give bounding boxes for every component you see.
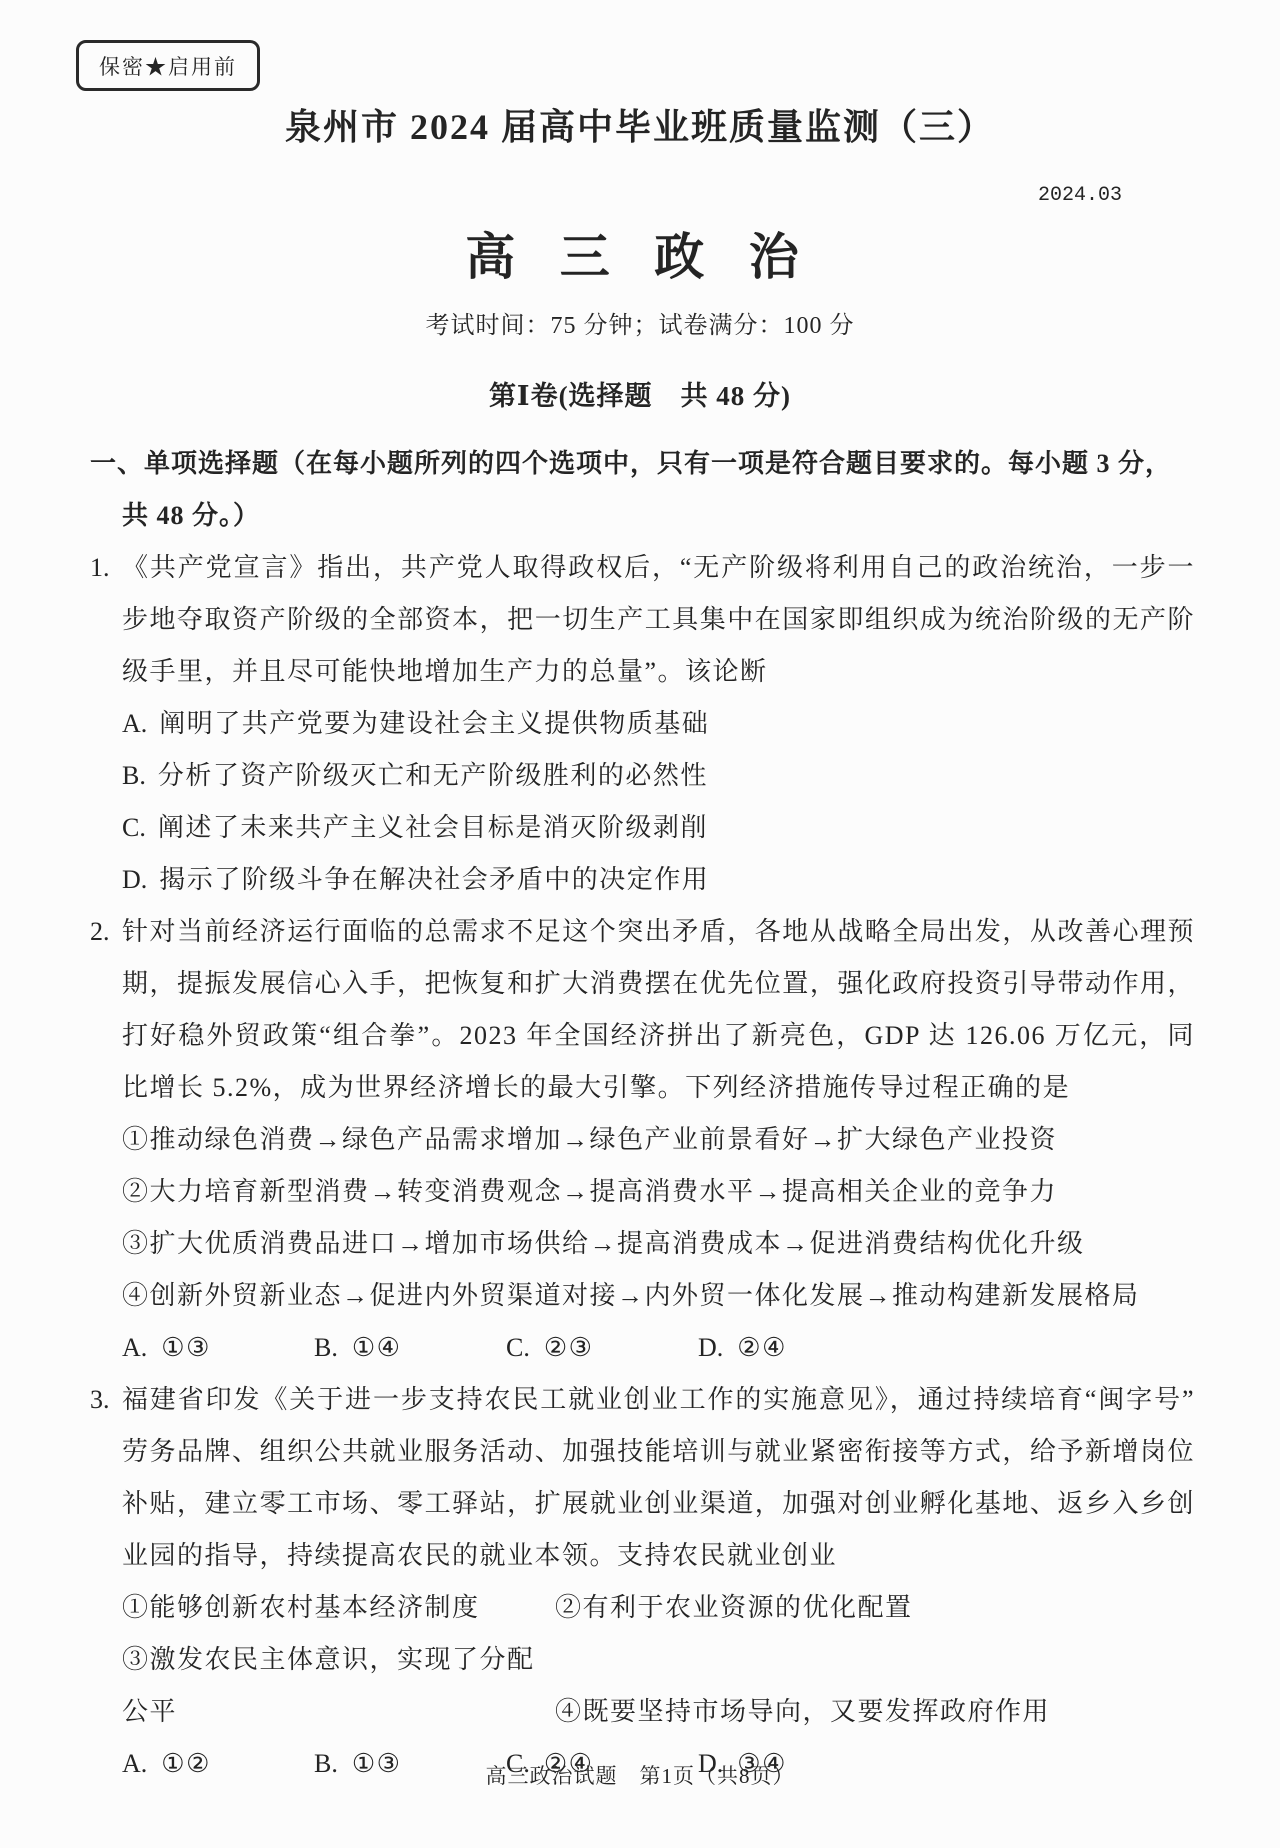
question-stem-line: 福建省印发《关于进一步支持农民工就业创业工作的实施意见》，通过持续培育“闽字号” (122, 1374, 1195, 1426)
confidential-badge-label: 保密★启用前 (99, 55, 237, 79)
instruction-line: 共 48 分。） (122, 490, 1195, 542)
question-3: 3. 福建省印发《关于进一步支持农民工就业创业工作的实施意见》，通过持续培育“闽… (0, 1374, 1280, 1790)
option-label: B. (314, 1333, 338, 1362)
statement-row-1: ①能够创新农村基本经济制度②有利于农业资源的优化配置 (122, 1582, 1195, 1634)
option-text: ①④ (352, 1333, 402, 1362)
option-label: C. (506, 1333, 530, 1362)
option-label: C. (122, 813, 146, 842)
statement-item-1: ①推动绿色消费→绿色产品需求增加→绿色产业前景看好→扩大绿色产业投资 (122, 1114, 1195, 1166)
statement-item-2: ②大力培育新型消费→转变消费观念→提高消费水平→提高相关企业的竞争力 (122, 1166, 1195, 1218)
option-label: B. (122, 761, 146, 790)
exam-date: 2024.03 (1038, 184, 1122, 207)
exam-date-row: 2024.03 (0, 184, 1280, 208)
question-stem-line: 打好稳外贸政策“组合拳”。2023 年全国经济拼出了新亮色，GDP 达 126.… (122, 1010, 1195, 1062)
option-text: 阐述了未来共产主义社会目标是消灭阶级剥削 (158, 813, 708, 842)
confidential-badge: 保密★启用前 (76, 40, 260, 91)
question-number: 3. (90, 1374, 110, 1426)
question-stem-line: 补贴，建立零工市场、零工驿站，扩展就业创业渠道，加强对创业孵化基地、返乡入乡创 (122, 1478, 1195, 1530)
option-text: ①③ (161, 1333, 211, 1362)
option-text: ②③ (544, 1333, 594, 1362)
exam-info: 考试时间：75 分钟；试卷满分：100 分 (0, 312, 1280, 340)
statement-item-4: ④创新外贸新业态→促进内外贸渠道对接→内外贸一体化发展→推动构建新发展格局 (122, 1270, 1195, 1322)
answer-c: C.②③ (506, 1322, 698, 1374)
statement-item-4: ④既要坚持市场导向，又要发挥政府作用 (555, 1697, 1050, 1726)
exam-page: 保密★启用前 泉州市 2024 届高中毕业班质量监测（三） 2024.03 高 … (0, 0, 1280, 1848)
question-stem-line: 《共产党宣言》指出，共产党人取得政权后，“无产阶级将利用自己的政治统治，一步一 (122, 542, 1195, 594)
answer-b: B.①④ (314, 1322, 506, 1374)
question-stem-line: 级手里，并且尽可能快地增加生产力的总量”。该论断 (122, 646, 1195, 698)
option-label: A. (122, 1333, 147, 1362)
question-number: 2. (90, 906, 110, 958)
statement-item-3: ③激发农民主体意识，实现了分配公平 (122, 1634, 555, 1738)
answer-choices-row: A.①③ B.①④ C.②③ D.②④ (122, 1322, 1195, 1374)
option-text: 阐明了共产党要为建设社会主义提供物质基础 (159, 709, 709, 738)
question-stem-line: 针对当前经济运行面临的总需求不足这个突出矛盾，各地从战略全局出发，从改善心理预 (122, 906, 1195, 958)
section-instruction: 一、单项选择题（在每小题所列的四个选项中，只有一项是符合题目要求的。每小题 3 … (0, 438, 1280, 542)
answer-d: D.②④ (698, 1322, 787, 1374)
option-a: A.阐明了共产党要为建设社会主义提供物质基础 (122, 698, 1195, 750)
option-b: B.分析了资产阶级灭亡和无产阶级胜利的必然性 (122, 750, 1195, 802)
statement-item-2: ②有利于农业资源的优化配置 (555, 1593, 913, 1622)
option-text: 分析了资产阶级灭亡和无产阶级胜利的必然性 (158, 761, 708, 790)
question-stem-line: 劳务品牌、组织公共就业服务活动、加强技能培训与就业紧密衔接等方式，给予新增岗位 (122, 1426, 1195, 1478)
question-stem-line: 业园的指导，持续提高农民的就业本领。支持农民就业创业 (122, 1530, 1195, 1582)
section-title: 第Ⅰ卷(选择题 共 48 分) (0, 380, 1280, 412)
question-1: 1. 《共产党宣言》指出，共产党人取得政权后，“无产阶级将利用自己的政治统治，一… (0, 542, 1280, 906)
statement-item-1: ①能够创新农村基本经济制度 (122, 1582, 555, 1634)
subject-title: 高 三 政 治 (0, 228, 1280, 286)
answer-a: A.①③ (122, 1322, 314, 1374)
question-stem-line: 比增长 5.2%，成为世界经济增长的最大引擎。下列经济措施传导过程正确的是 (122, 1062, 1195, 1114)
instruction-line: 一、单项选择题（在每小题所列的四个选项中，只有一项是符合题目要求的。每小题 3 … (122, 438, 1195, 490)
option-c: C.阐述了未来共产主义社会目标是消灭阶级剥削 (122, 802, 1195, 854)
statement-row-2: ③激发农民主体意识，实现了分配公平④既要坚持市场导向，又要发挥政府作用 (122, 1634, 1195, 1738)
question-stem-line: 期，提振发展信心入手，把恢复和扩大消费摆在优先位置，强化政府投资引导带动作用， (122, 958, 1195, 1010)
page-footer: 高三政治试题 第1页（共8页） (0, 1760, 1280, 1790)
statement-item-3: ③扩大优质消费品进口→增加市场供给→提高消费成本→促进消费结构优化升级 (122, 1218, 1195, 1270)
option-label: A. (122, 709, 147, 738)
option-label: D. (698, 1333, 723, 1362)
option-d: D.揭示了阶级斗争在解决社会矛盾中的决定作用 (122, 854, 1195, 906)
option-text: ②④ (737, 1333, 787, 1362)
option-label: D. (122, 865, 147, 894)
question-stem-line: 步地夺取资产阶级的全部资本，把一切生产工具集中在国家即组织成为统治阶级的无产阶 (122, 594, 1195, 646)
option-text: 揭示了阶级斗争在解决社会矛盾中的决定作用 (159, 865, 709, 894)
question-number: 1. (90, 542, 110, 594)
question-2: 2. 针对当前经济运行面临的总需求不足这个突出矛盾，各地从战略全局出发，从改善心… (0, 906, 1280, 1374)
